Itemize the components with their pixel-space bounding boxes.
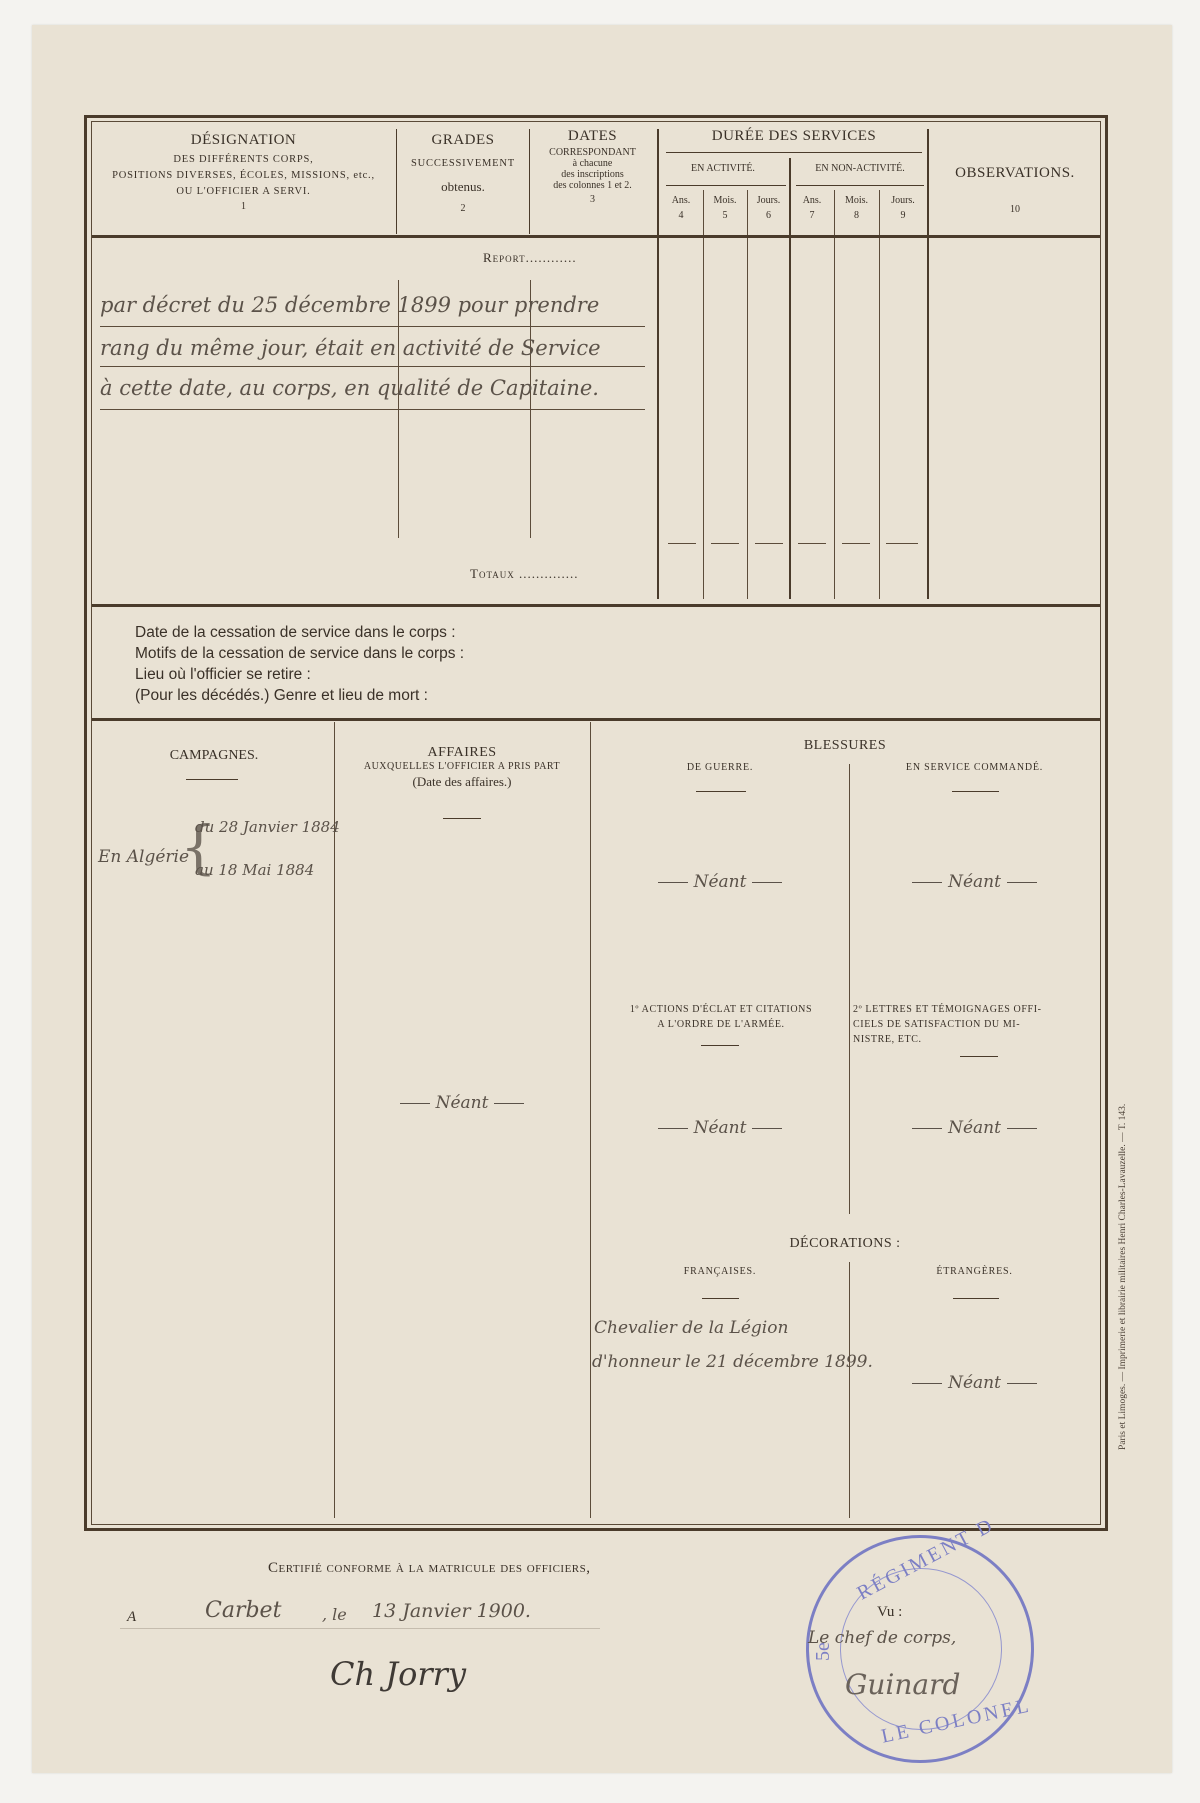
col-number-10: 10 xyxy=(930,204,1100,215)
francaises-value-line2: d'honneur le 21 décembre 1899. xyxy=(592,1352,873,1372)
etrangeres-neant: Néant xyxy=(948,1373,1001,1393)
col-number-2: 2 xyxy=(398,203,528,214)
affaires-header: AFFAIRES AUXQUELLES L'OFFICIER A PRIS PA… xyxy=(336,745,588,790)
title-rule xyxy=(186,779,238,780)
campagne-from: du 28 Janvier 1884 xyxy=(195,818,340,836)
colonel-signature: Guinard xyxy=(845,1668,960,1701)
col-number-3: 3 xyxy=(530,194,655,205)
certification-text: Certifié conforme à la matricule des off… xyxy=(268,1560,591,1577)
etrangeres-value: Néant xyxy=(851,1373,1098,1393)
col-number-4: 4 xyxy=(660,210,702,221)
title-rule xyxy=(701,1045,739,1046)
actions-neant: Néant xyxy=(694,1118,747,1138)
en-service-value: Néant xyxy=(851,872,1098,892)
column-divider xyxy=(703,190,704,599)
totaux-label: Totaux .............. xyxy=(470,566,578,582)
campagne-place: En Algérie xyxy=(98,847,189,867)
ruled-line xyxy=(100,326,645,327)
column-divider xyxy=(849,764,850,1214)
total-dash xyxy=(668,543,696,544)
header-col-dates: DATES CORRESPONDANT à chacune des inscri… xyxy=(530,128,655,205)
activite-brace xyxy=(666,185,786,186)
dates-line2: à chacune xyxy=(530,158,655,169)
subcol-mois-1: Mois. 5 xyxy=(704,195,746,221)
dates-title: DATES xyxy=(530,128,655,145)
handwritten-line-1: par décret du 25 décembre 1899 pour pren… xyxy=(100,293,599,317)
affaires-note: (Date des affaires.) xyxy=(336,774,588,790)
subcol-label: Jours. xyxy=(880,195,926,206)
section-rule xyxy=(92,718,1100,721)
subcol-label: Ans. xyxy=(660,195,702,206)
actions-label: 1º ACTIONS D'ÉCLAT ET CITATIONS A L'ORDR… xyxy=(596,1002,846,1032)
affaires-subtitle: AUXQUELLES L'OFFICIER A PRIS PART xyxy=(336,761,588,772)
en-service-label: EN SERVICE COMMANDÉ. xyxy=(851,762,1098,773)
column-divider xyxy=(927,129,929,599)
subcol-label: Jours. xyxy=(748,195,789,206)
actions-value: Néant xyxy=(592,1118,848,1138)
lettres-label-line3: NISTRE, ETC. xyxy=(853,1032,1098,1047)
cessation-motifs-label: Motifs de la cessation de service dans l… xyxy=(135,643,464,664)
total-dash xyxy=(798,543,826,544)
lettres-label-line2: CIELS DE SATISFACTION DU MI- xyxy=(853,1017,1098,1032)
title-rule xyxy=(696,791,746,792)
report-label: Report............ xyxy=(483,250,577,266)
a-label: A xyxy=(127,1609,136,1626)
handwritten-line-2: rang du même jour, était en activité de … xyxy=(100,336,601,360)
ruled-line xyxy=(120,1628,600,1629)
column-divider xyxy=(590,722,591,1518)
subcol-label: Ans. xyxy=(791,195,833,206)
duree-brace xyxy=(666,152,922,153)
col-number-9: 9 xyxy=(880,210,926,221)
title-rule xyxy=(443,818,481,819)
etrangeres-label: ÉTRANGÈRES. xyxy=(851,1266,1098,1277)
subcol-label: Mois. xyxy=(704,195,746,206)
column-divider xyxy=(334,722,335,1518)
affaires-title: AFFAIRES xyxy=(336,745,588,761)
header-col-grades: GRADES SUCCESSIVEMENT obtenus. 2 xyxy=(398,132,528,214)
lettres-neant: Néant xyxy=(948,1118,1001,1138)
column-divider xyxy=(747,190,748,599)
ruled-line xyxy=(100,366,645,367)
certification-place: Carbet xyxy=(205,1598,281,1623)
col-number-7: 7 xyxy=(791,210,833,221)
col-number-6: 6 xyxy=(748,210,789,221)
blessures-title: BLESSURES xyxy=(592,738,1098,754)
actions-label-line1: 1º ACTIONS D'ÉCLAT ET CITATIONS xyxy=(596,1002,846,1017)
header-bottom-rule xyxy=(92,235,1100,238)
col-number-8: 8 xyxy=(835,210,878,221)
column-divider xyxy=(849,1262,850,1518)
col-number-1: 1 xyxy=(96,201,391,212)
officer-signature: Ch Jorry xyxy=(330,1655,466,1693)
col-number-5: 5 xyxy=(704,210,746,221)
lettres-value: Néant xyxy=(851,1118,1098,1138)
campagnes-title: CAMPAGNES. xyxy=(96,748,332,764)
dates-line4: des colonnes 1 et 2. xyxy=(530,180,655,191)
decorations-title: DÉCORATIONS : xyxy=(592,1236,1098,1252)
duree-activite-label: EN ACTIVITÉ. xyxy=(660,163,786,174)
subcol-jours-1: Jours. 6 xyxy=(748,195,789,221)
affaires-neant: Néant xyxy=(436,1093,489,1113)
column-divider xyxy=(789,158,791,599)
subcol-jours-2: Jours. 9 xyxy=(880,195,926,221)
cessation-block: Date de la cessation de service dans le … xyxy=(135,622,464,706)
campagne-to: au 18 Mai 1884 xyxy=(195,861,314,879)
subcol-mois-2: Mois. 8 xyxy=(835,195,878,221)
affaires-value: Néant xyxy=(336,1093,588,1113)
grades-line1: SUCCESSIVEMENT xyxy=(398,158,528,169)
certification-label: Certifié conforme à la matricule des off… xyxy=(268,1560,591,1576)
certification-date: 13 Janvier 1900. xyxy=(372,1600,531,1622)
total-dash xyxy=(842,543,870,544)
francaises-label: FRANÇAISES. xyxy=(592,1266,848,1277)
column-divider xyxy=(657,129,659,599)
en-service-neant: Néant xyxy=(948,872,1001,892)
printer-imprint: Paris et Limoges. — Imprimerie et librai… xyxy=(1118,890,1128,1450)
column-divider xyxy=(834,190,835,599)
lieu-retraite-label: Lieu où l'officier se retire : xyxy=(135,664,464,685)
column-divider xyxy=(879,190,880,599)
deces-label: (Pour les décédés.) Genre et lieu de mor… xyxy=(135,685,464,706)
designation-line2: POSITIONS DIVERSES, ÉCOLES, MISSIONS, et… xyxy=(96,170,391,181)
vu-handwritten: Le chef de corps, xyxy=(808,1628,956,1648)
dates-line3: des inscriptions xyxy=(530,169,655,180)
observations-title: OBSERVATIONS. xyxy=(930,165,1100,182)
subcol-ans-1: Ans. 4 xyxy=(660,195,702,221)
header-duree: DURÉE DES SERVICES xyxy=(660,128,928,145)
grades-line2: obtenus. xyxy=(398,179,528,195)
de-guerre-neant: Néant xyxy=(694,872,747,892)
lettres-label: 2º LETTRES ET TÉMOIGNAGES OFFI- CIELS DE… xyxy=(853,1002,1098,1047)
section-rule xyxy=(92,604,1100,607)
designation-line1: DES DIFFÉRENTS CORPS, xyxy=(96,154,391,165)
title-rule xyxy=(953,1298,999,1299)
non-activite-brace xyxy=(796,185,924,186)
handwritten-line-3: à cette date, au corps, en qualité de Ca… xyxy=(100,376,599,400)
lettres-label-line1: 2º LETTRES ET TÉMOIGNAGES OFFI- xyxy=(853,1002,1098,1017)
title-rule xyxy=(702,1298,739,1299)
francaises-value-line1: Chevalier de la Légion xyxy=(594,1318,788,1338)
designation-title: DÉSIGNATION xyxy=(96,132,391,149)
total-dash xyxy=(711,543,739,544)
duree-title: DURÉE DES SERVICES xyxy=(660,128,928,145)
total-dash xyxy=(755,543,783,544)
total-dash xyxy=(886,543,918,544)
grades-title: GRADES xyxy=(398,132,528,149)
title-rule xyxy=(960,1056,998,1057)
duree-non-activite-label: EN NON-ACTIVITÉ. xyxy=(792,163,928,174)
le-label: , le xyxy=(322,1605,347,1624)
header-divider xyxy=(396,129,397,234)
de-guerre-value: Néant xyxy=(592,872,848,892)
designation-line3: OU L'OFFICIER A SERVI. xyxy=(96,186,391,197)
actions-label-line2: A L'ORDRE DE L'ARMÉE. xyxy=(596,1017,846,1032)
de-guerre-label: DE GUERRE. xyxy=(592,762,848,773)
vu-label: Vu : xyxy=(877,1604,902,1621)
title-rule xyxy=(952,791,999,792)
dates-line1: CORRESPONDANT xyxy=(530,147,655,158)
subcol-ans-2: Ans. 7 xyxy=(791,195,833,221)
header-col-observations: OBSERVATIONS. 10 xyxy=(930,165,1100,215)
ruled-line xyxy=(100,409,645,410)
subcol-label: Mois. xyxy=(835,195,878,206)
header-col-designation: DÉSIGNATION DES DIFFÉRENTS CORPS, POSITI… xyxy=(96,132,391,212)
cessation-date-label: Date de la cessation de service dans le … xyxy=(135,622,464,643)
